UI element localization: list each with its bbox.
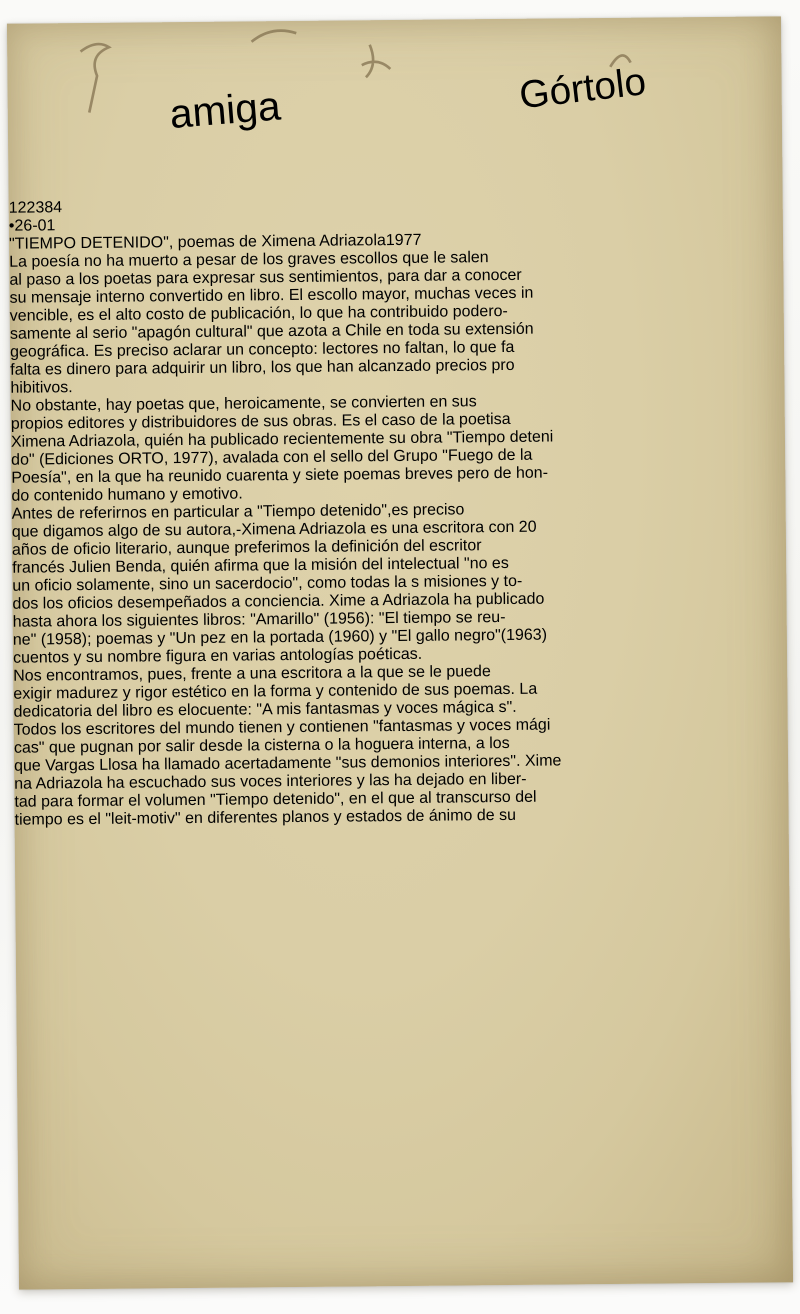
handwritten-year: 1977 — [386, 232, 422, 249]
paragraph: Nos encontramos, pues, frente a una escr… — [13, 660, 789, 829]
typed-underlined-word: Xime — [525, 753, 562, 770]
paragraph: No obstante, hay poetas que, heroicament… — [11, 390, 786, 505]
handwritten-word-amiga: amiga — [168, 82, 283, 137]
paragraph: La poesía no ha muerto a pesar de los gr… — [9, 246, 784, 397]
typed-underlined-word: in — [521, 285, 534, 302]
handwritten-word-gortolo: Górtolo — [517, 60, 648, 117]
scanner-background: amiga Górtolo 122384 •26-01 "TIEMPO DETE… — [0, 0, 800, 1314]
typed-content: "TIEMPO DETENIDO", poemas de Ximena Adri… — [9, 228, 789, 829]
typed-body: La poesía no ha muerto a pesar de los gr… — [9, 246, 788, 829]
manuscript-page: amiga Górtolo 122384 •26-01 "TIEMPO DETE… — [7, 16, 793, 1289]
typed-line-text: hibitivos. — [10, 379, 72, 397]
pencil-annotations: amiga Górtolo — [7, 16, 783, 200]
typed-line-text: falta es dinero para adquirir un libro, … — [10, 357, 491, 379]
typed-underlined-word: mági — [516, 717, 551, 734]
document-title: "TIEMPO DETENIDO", poemas de Ximena Adri… — [9, 232, 386, 253]
typed-line-text: do contenido humano y emotivo. — [11, 486, 242, 505]
typed-underlined-word: pro — [491, 357, 514, 374]
typed-line-text: tiempo es el "leit-motiv" en diferentes … — [15, 807, 517, 829]
paragraph: Antes de referirnos en particular a "Tie… — [12, 498, 788, 667]
